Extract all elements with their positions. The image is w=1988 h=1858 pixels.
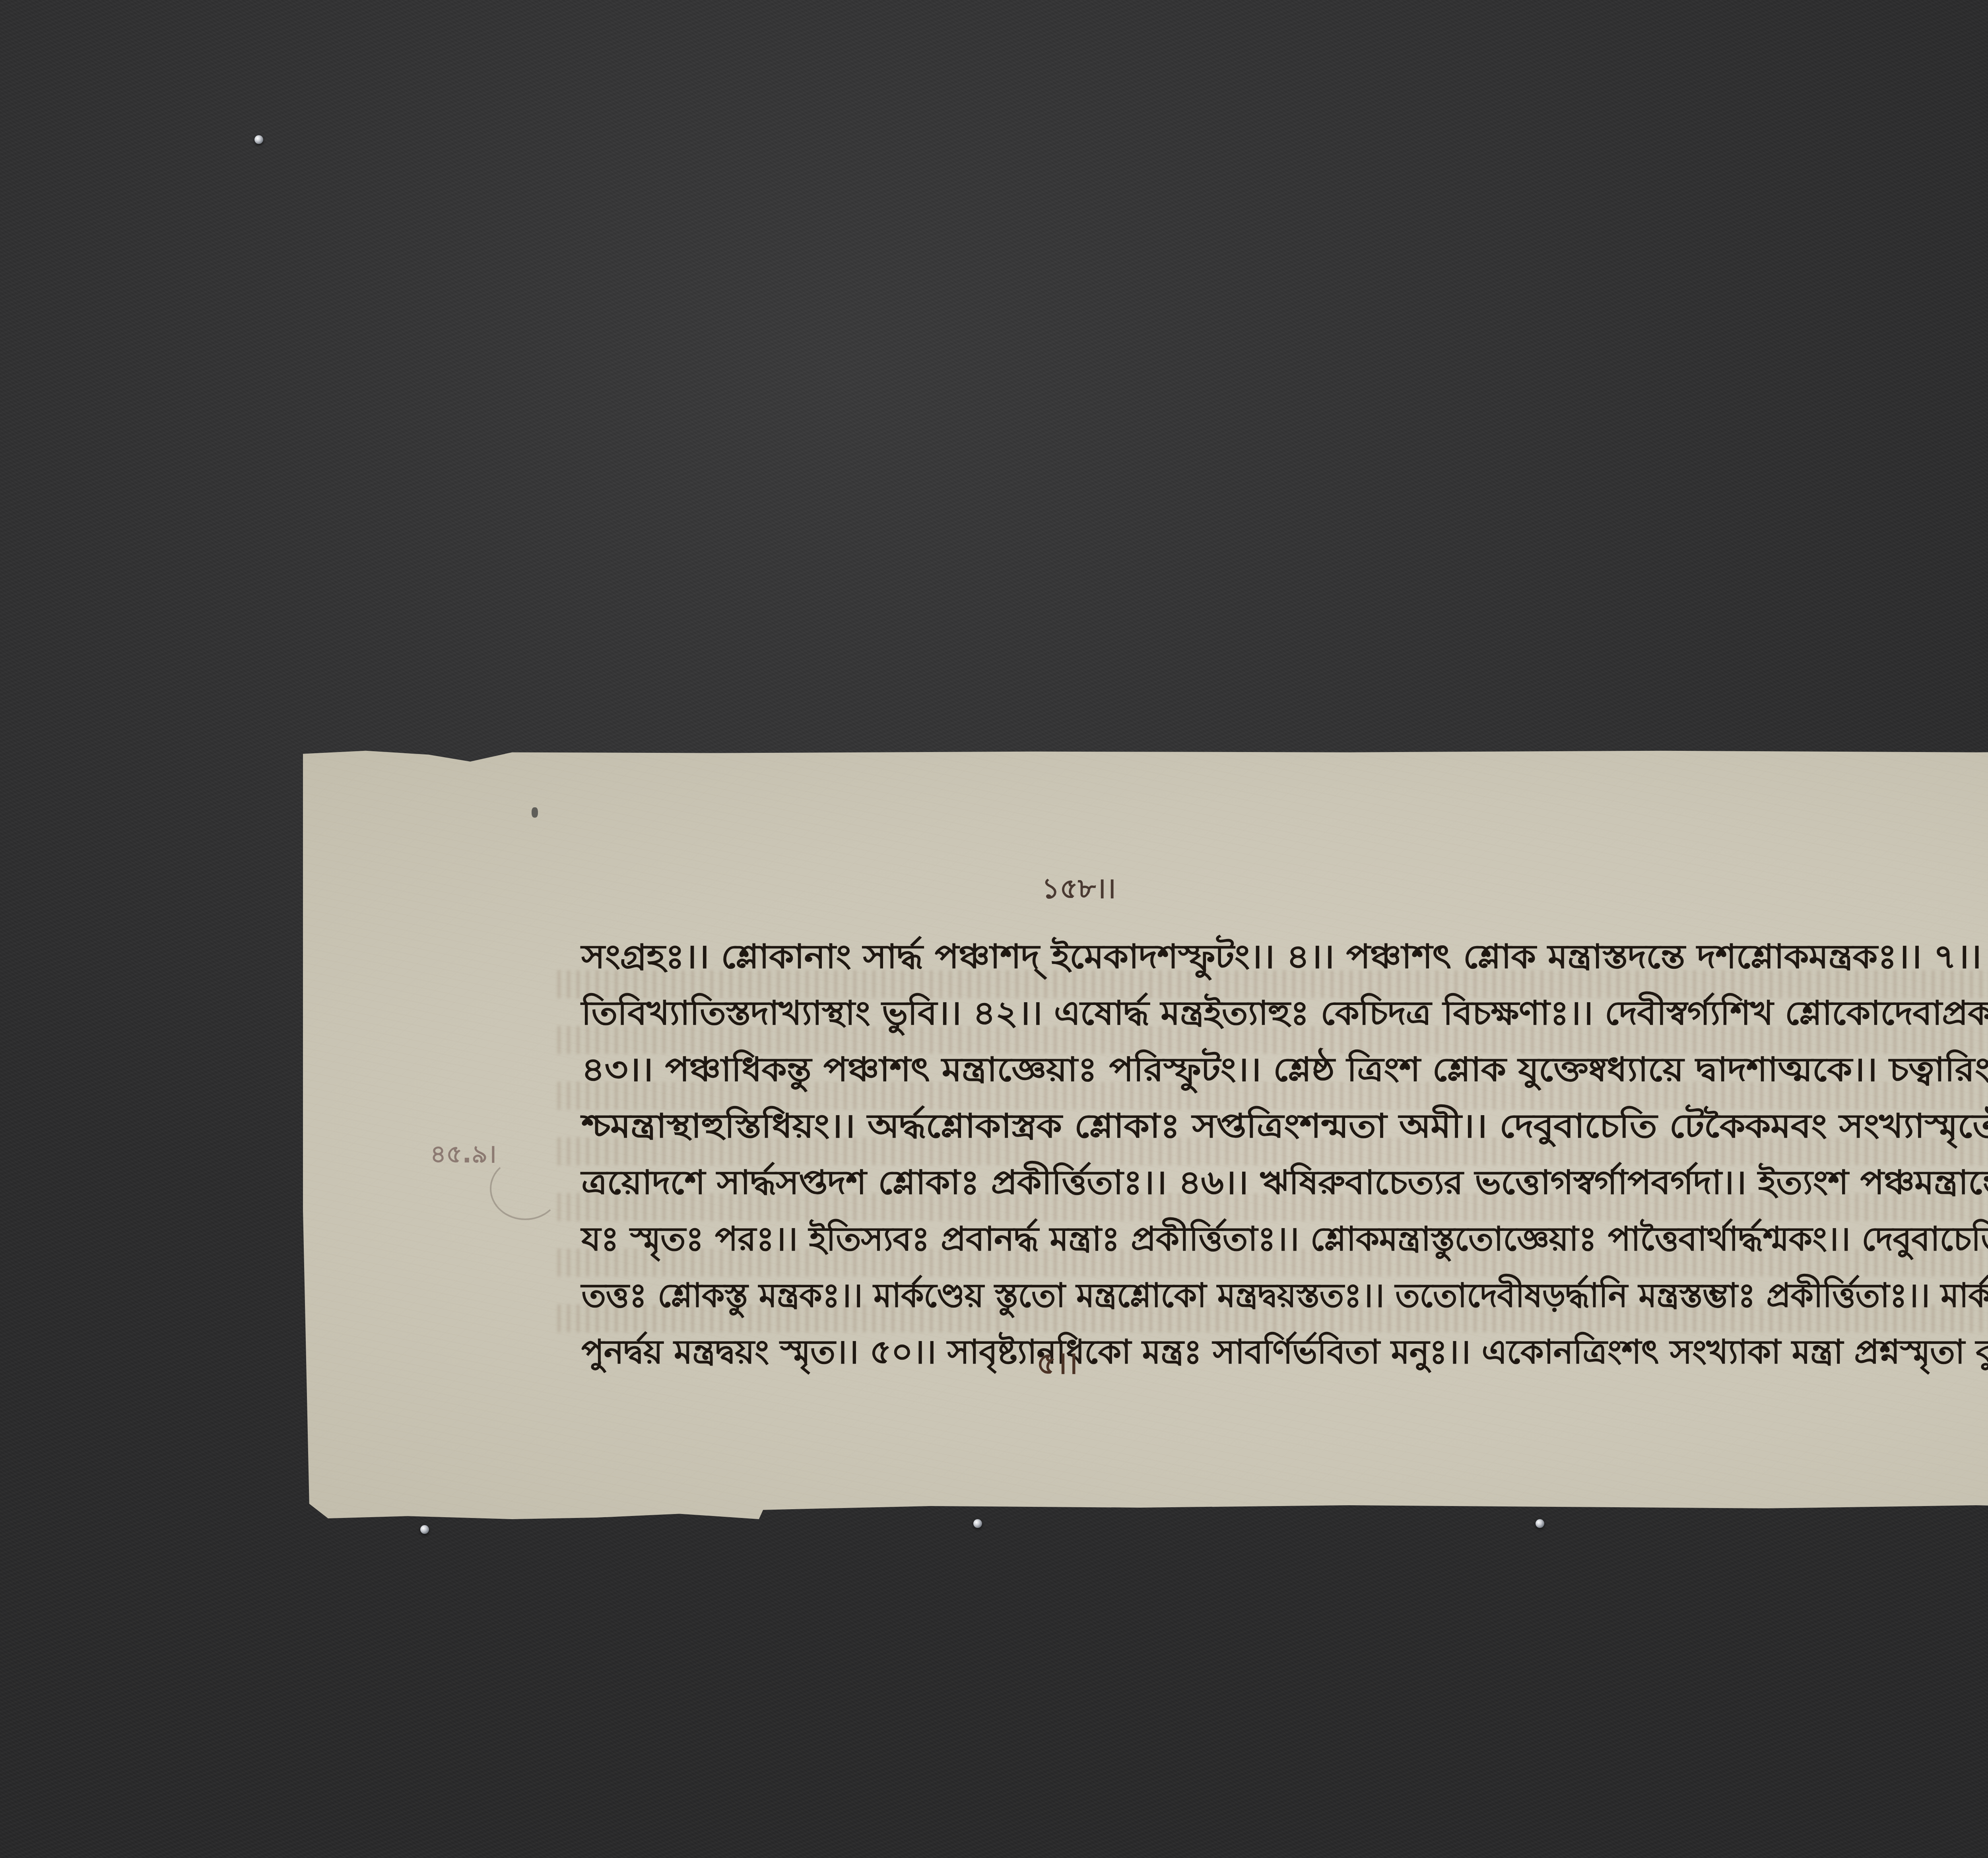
text-line: শ্চমন্ত্রাস্থাহুস্তিধিয়ং।। অর্দ্ধশ্লোকা… [581,1100,1988,1152]
text-line: পুনর্দ্বয় মন্ত্রদ্বয়ং স্মৃত।। ৫০।। সাব… [581,1326,1988,1378]
mounting-pin [254,135,263,144]
folio-number-bottom: ৫।। [1037,1340,1078,1391]
ink-spot [532,807,538,818]
text-line: তত্তঃ শ্লোকস্তু মন্ত্রকঃ।। মার্কণ্ডেয় স… [581,1269,1988,1321]
margin-pencil-loop [490,1157,561,1220]
manuscript-folio: ১৫৮।। ৪৫.৯। ৭৮ সংগ্রহঃ।। শ্লোকানাং সার্দ… [303,748,1988,1519]
text-line: যঃ স্মৃতঃ পরঃ।। ইতিস্যবঃ প্রবানর্দ্ধ মন্… [581,1213,1988,1265]
margin-note-left: ৪৫.৯। [430,1135,496,1176]
text-line: তিবিখ্যাতিস্তদাখ্যাস্থাং ভুবি।। ৪২।। এষো… [581,987,1988,1039]
text-line: সংগ্রহঃ।। শ্লোকানাং সার্দ্ধ পঞ্চাশদ্ ইমে… [581,931,1988,982]
mounting-pin [1536,1519,1544,1528]
text-line: ৪৩।। পঞ্চাধিকন্তু পঞ্চাশৎ মন্ত্রাজ্ঞেয়া… [581,1044,1988,1095]
text-line: ত্রয়োদশে সার্দ্ধসপ্তদশ শ্লোকাঃ প্রকীর্ত… [581,1156,1988,1208]
mounting-pin [420,1525,429,1534]
mounting-pin [973,1519,982,1528]
folio-number-top: ১৫৮।। [1042,867,1116,913]
